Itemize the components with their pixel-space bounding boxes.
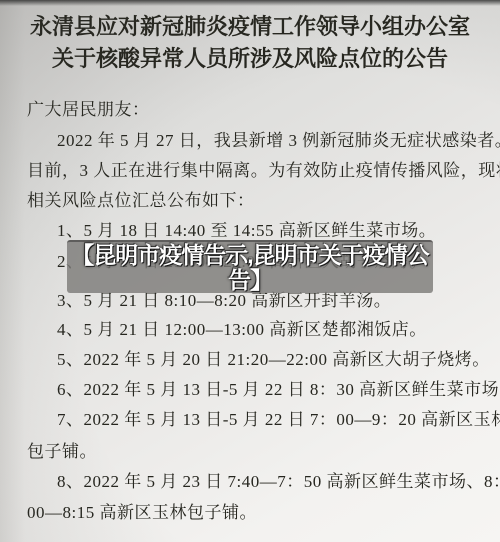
watermark-text-line2: 告】 (0, 268, 500, 293)
notice-title-line2: 关于核酸异常人员所涉及风险点位的公告 (0, 44, 500, 74)
risk-item-1: 1、5 月 18 日 14:40 至 14:55 高新区鲜生菜市场。 (57, 220, 436, 241)
risk-item-6: 6、2022 年 5 月 13 日-5 月 22 日 8：30 高新区鲜生菜市场 (57, 379, 499, 400)
notice-photo: 永清县应对新冠肺炎疫情工作领导小组办公室 关于核酸异常人员所涉及风险点位的公告 … (0, 0, 500, 542)
notice-title-line1: 永清县应对新冠肺炎疫情工作领导小组办公室 (0, 12, 500, 42)
intro-line-3: 相关风险点位汇总公布如下： (27, 190, 255, 211)
risk-item-3: 3、5 月 21 日 8:10—8:20 高新区开封羊汤。 (57, 290, 391, 311)
risk-item-8: 8、2022 年 5 月 23 日 7:40—7：50 高新区鲜生菜市场、8： (57, 471, 500, 492)
intro-line-1: 2022 年 5 月 27 日，我县新增 3 例新冠肺炎无症状感染者。 (57, 130, 500, 151)
intro-line-2: 目前，3 人正在进行集中隔离。为有效防止疫情传播风险，现将 (27, 160, 500, 181)
watermark-text-line1: 【昆明市疫情告示,昆明市关于疫情公 (0, 243, 500, 268)
risk-item-4: 4、5 月 21 日 12:00—13:00 高新区楚都湘饭店。 (57, 319, 427, 340)
risk-item-5: 5、2022 年 5 月 20 日 21:20—22:00 高新区大胡子烧烤。 (57, 349, 490, 370)
risk-item-7-wrap: 包子铺。 (27, 441, 97, 462)
photo-top-shadow (0, 0, 500, 6)
salutation: 广大居民朋友： (27, 99, 150, 120)
risk-item-8-wrap: 00—8:15 高新区玉林包子铺。 (27, 502, 257, 523)
risk-item-7: 7、2022 年 5 月 13 日-5 月 22 日 7：00—9：20 高新区… (57, 409, 500, 430)
